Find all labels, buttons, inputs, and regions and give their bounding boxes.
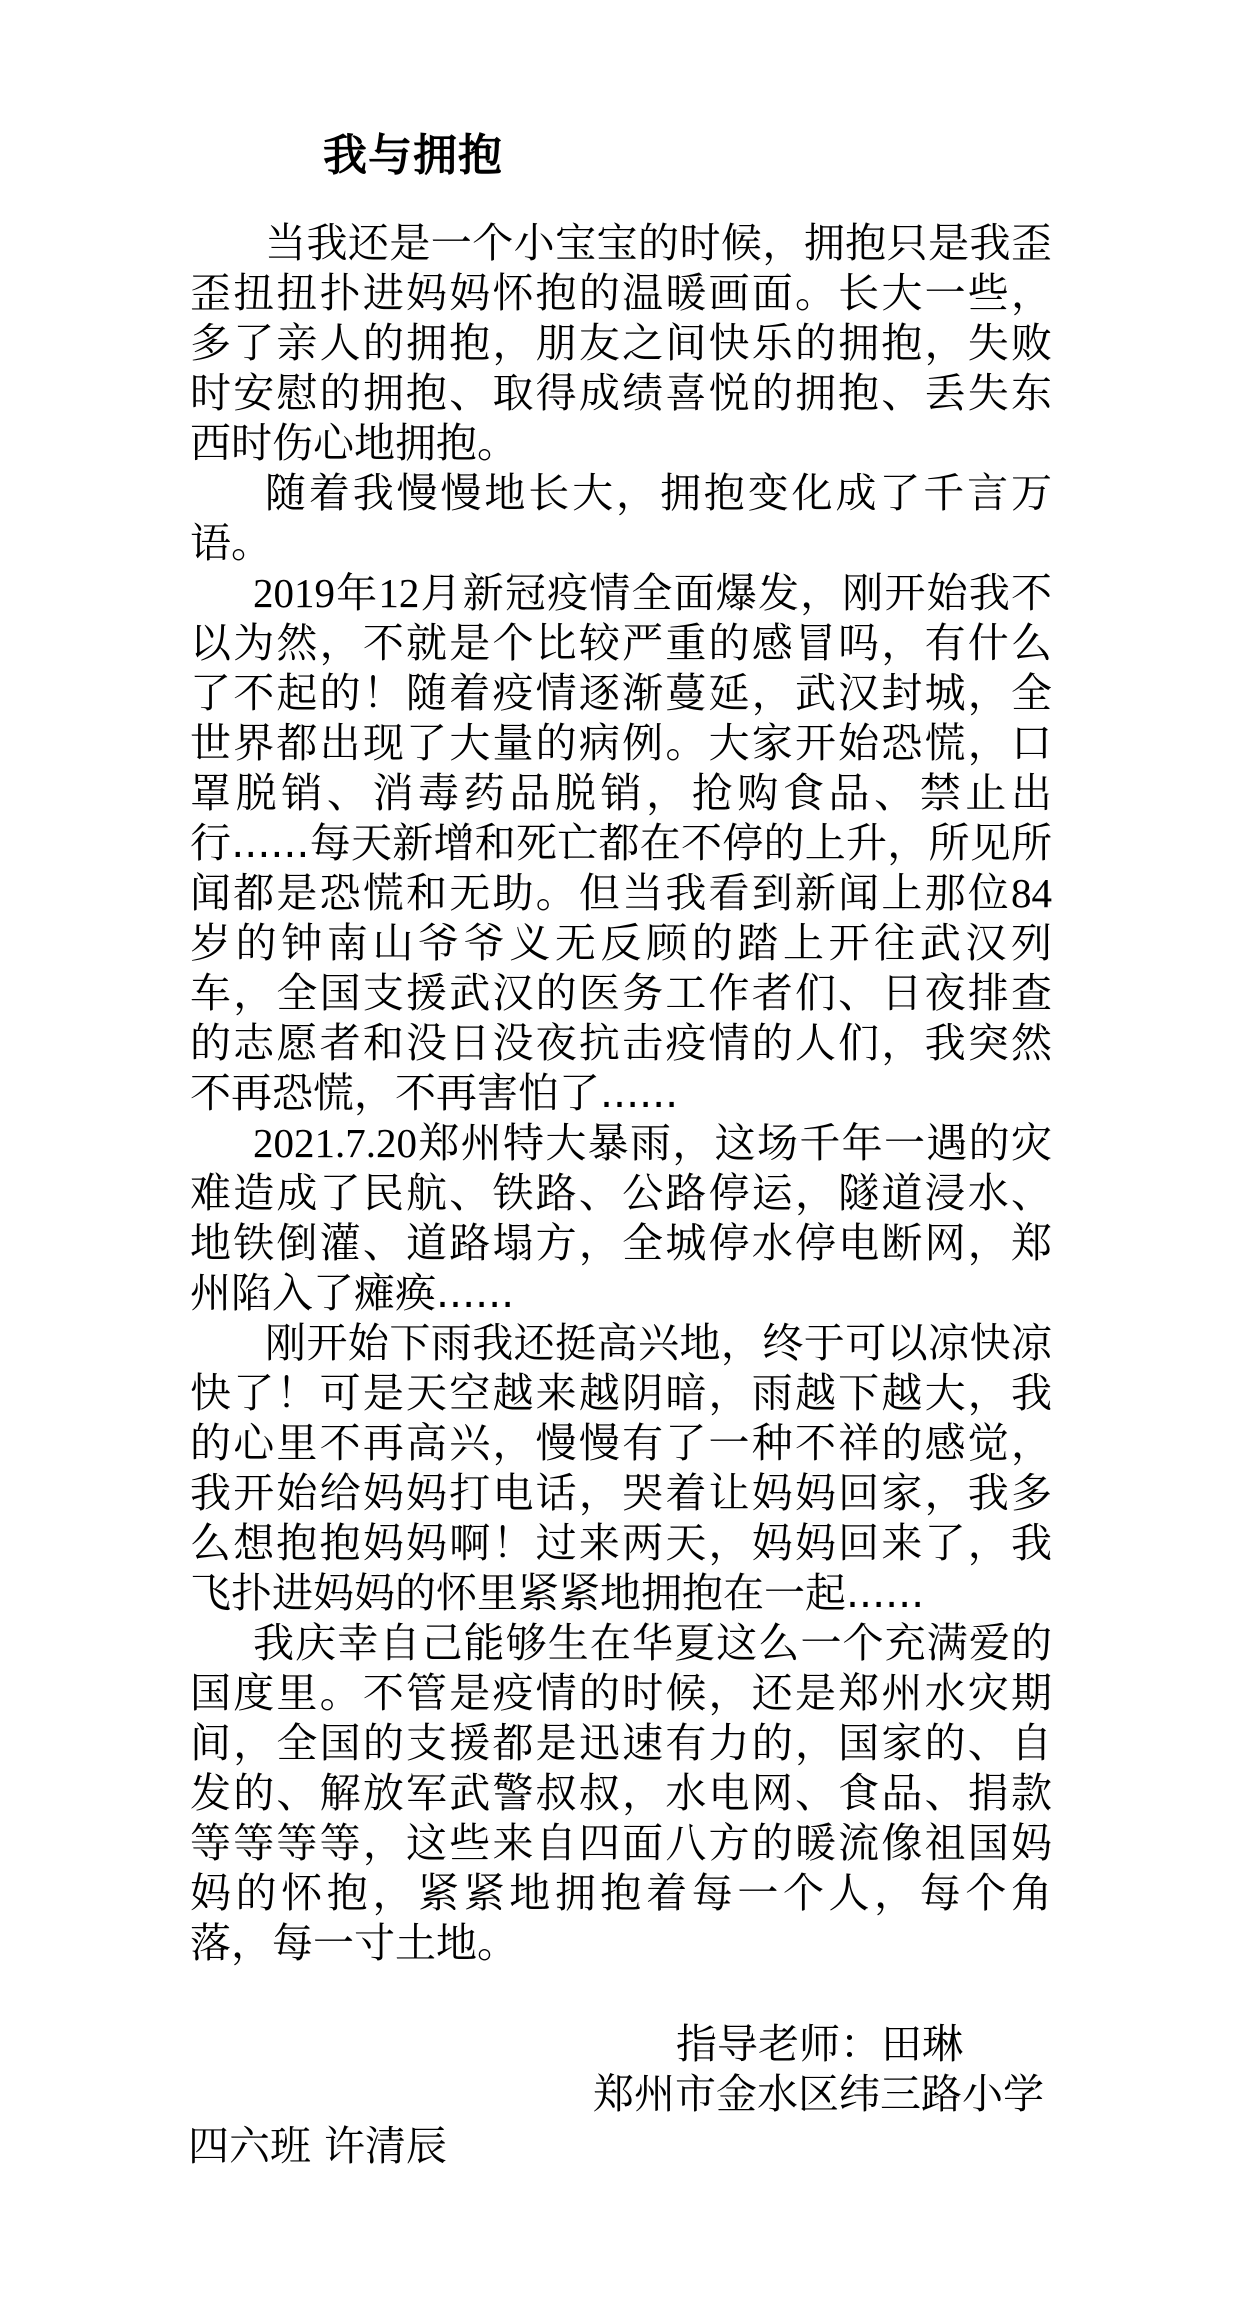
- numeric-text: 2019: [253, 570, 335, 616]
- essay-body: 当我还是一个小宝宝的时候，拥抱只是我歪 歪扭扭扑进妈妈怀抱的温暖画面。长大一些，…: [190, 218, 1052, 1968]
- text-line: 难造成了民航、铁路、公路停运，隧道浸水、: [190, 1168, 1052, 1218]
- text-line: 世界都出现了大量的病例。大家开始恐慌，口: [190, 718, 1052, 768]
- text-line: 西时伤心地拥抱。: [190, 418, 1052, 468]
- text-line: 车，全国支援武汉的医务工作者们、日夜排查: [190, 968, 1052, 1018]
- document-page: 我与拥抱 当我还是一个小宝宝的时候，拥抱只是我歪 歪扭扭扑进妈妈怀抱的温暖画面。…: [0, 0, 1241, 2315]
- paragraph: 当我还是一个小宝宝的时候，拥抱只是我歪 歪扭扭扑进妈妈怀抱的温暖画面。长大一些，…: [190, 218, 1052, 468]
- text-line: 岁的钟南山爷爷义无反顾的踏上开往武汉列: [190, 918, 1052, 968]
- text-line: 妈的怀抱，紧紧地拥抱着每一个人，每个角: [190, 1868, 1052, 1918]
- text-line: 州陷入了瘫痪......: [190, 1268, 1052, 1318]
- text-line: 间，全国的支援都是迅速有力的，国家的、自: [190, 1718, 1052, 1768]
- text-line: 国度里。不管是疫情的时候，还是郑州水灾期: [190, 1668, 1052, 1718]
- text-line: 时安慰的拥抱、取得成绩喜悦的拥抱、丢失东: [190, 368, 1052, 418]
- paragraph: 随着我慢慢地长大，拥抱变化成了千言万 语。: [190, 468, 1052, 568]
- text-line: 以为然，不就是个比较严重的感冒吗，有什么: [190, 618, 1052, 668]
- text-line: 不再恐慌，不再害怕了......: [190, 1068, 1052, 1118]
- text-line: 行......每天新增和死亡都在不停的上升，所见所: [190, 818, 1052, 868]
- text-line: 我开始给妈妈打电话，哭着让妈妈回家，我多: [190, 1468, 1052, 1518]
- text-line: 发的、解放军武警叔叔，水电网、食品、捐款: [190, 1768, 1052, 1818]
- text-line: 地铁倒灌、道路塌方，全城停水停电断网，郑: [190, 1218, 1052, 1268]
- text-line: 飞扑进妈妈的怀里紧紧地拥抱在一起......: [190, 1568, 1052, 1618]
- text-line: 等等等等，这些来自四面八方的暖流像祖国妈: [190, 1818, 1052, 1868]
- paragraph: 我庆幸自己能够生在华夏这么一个充满爱的 国度里。不管是疫情的时候，还是郑州水灾期…: [190, 1618, 1052, 1968]
- text-line: 落，每一寸土地。: [190, 1918, 1052, 1968]
- text-line: 2019年12月新冠疫情全面爆发，刚开始我不: [190, 568, 1052, 618]
- text-line: 随着我慢慢地长大，拥抱变化成了千言万: [190, 468, 1052, 518]
- text-line: 刚开始下雨我还挺高兴地，终于可以凉快凉: [190, 1318, 1052, 1368]
- text-line: 我庆幸自己能够生在华夏这么一个充满爱的: [190, 1618, 1052, 1668]
- text-line: 闻都是恐慌和无助。但当我看到新闻上那位84: [190, 868, 1052, 918]
- paragraph: 2021.7.20郑州特大暴雨，这场千年一遇的灾 难造成了民航、铁路、公路停运，…: [190, 1118, 1052, 1318]
- numeric-text: 84: [1011, 870, 1052, 916]
- text-line: 快了！可是天空越来越阴暗，雨越下越大，我: [190, 1368, 1052, 1418]
- paragraph: 刚开始下雨我还挺高兴地，终于可以凉快凉 快了！可是天空越来越阴暗，雨越下越大，我…: [190, 1318, 1052, 1618]
- text-line: 语。: [190, 518, 1052, 568]
- paragraph: 2019年12月新冠疫情全面爆发，刚开始我不 以为然，不就是个比较严重的感冒吗，…: [190, 568, 1052, 1118]
- teacher-signature: 指导老师：田琳: [676, 2019, 963, 2069]
- text-line: 2021.7.20郑州特大暴雨，这场千年一遇的灾: [190, 1118, 1052, 1168]
- text-line: 了不起的！随着疫情逐渐蔓延，武汉封城，全: [190, 668, 1052, 718]
- text-line: 多了亲人的拥抱，朋友之间快乐的拥抱，失败: [190, 318, 1052, 368]
- text-line: 歪扭扭扑进妈妈怀抱的温暖画面。长大一些，: [190, 268, 1052, 318]
- text-line: 么想抱抱妈妈啊！过来两天，妈妈回来了，我: [190, 1518, 1052, 1568]
- student-name: 四六班 许清辰: [188, 2121, 447, 2171]
- school-name: 郑州市金水区纬三路小学: [593, 2069, 1044, 2119]
- text-line: 的心里不再高兴，慢慢有了一种不祥的感觉，: [190, 1418, 1052, 1468]
- text-line: 当我还是一个小宝宝的时候，拥抱只是我歪: [190, 218, 1052, 268]
- numeric-text: 2021.7.20: [253, 1120, 417, 1166]
- essay-title: 我与拥抱: [323, 128, 503, 184]
- text-line: 的志愿者和没日没夜抗击疫情的人们，我突然: [190, 1018, 1052, 1068]
- numeric-text: 12: [378, 570, 419, 616]
- text-line: 罩脱销、消毒药品脱销，抢购食品、禁止出: [190, 768, 1052, 818]
